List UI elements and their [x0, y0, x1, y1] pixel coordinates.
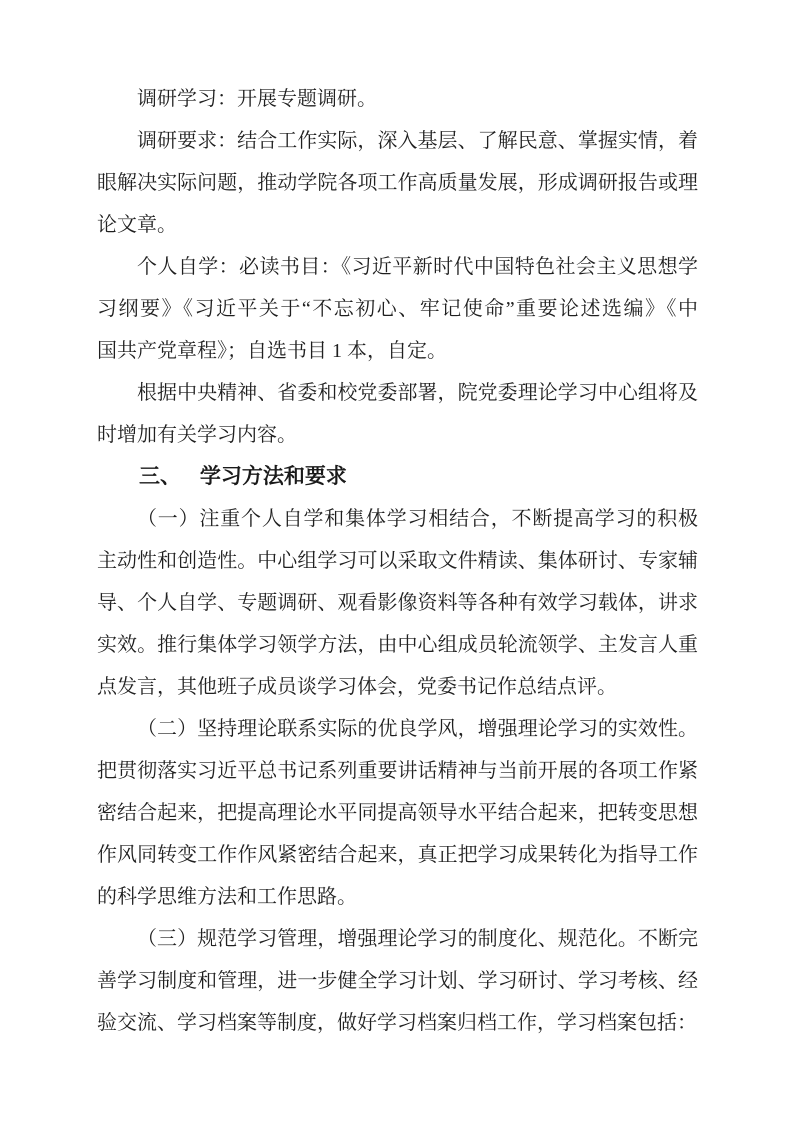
- text-line: 导、个人自学、专题调研、观看影像资料等各种有效学习载体，讲求: [97, 582, 698, 624]
- text-line: 眼解决实际问题，推动学院各项工作高质量发展，形成调研报告或理: [97, 162, 698, 204]
- paragraph: （三）规范学习管理，增强理论学习的制度化、规范化。不断完 善学习制度和管理，进一…: [97, 918, 698, 1044]
- text-line: 实效。推行集体学习领学方法，由中心组成员轮流领学、主发言人重: [97, 624, 698, 666]
- paragraph: 个人自学：必读书目：《习近平新时代中国特色社会主义思想学 习纲要》《习近平关于“…: [97, 246, 698, 372]
- paragraph: 调研要求：结合工作实际，深入基层、了解民意、掌握实情，着 眼解决实际问题，推动学…: [97, 120, 698, 246]
- text-line: 根据中央精神、省委和校党委部署，院党委理论学习中心组将及: [97, 372, 698, 414]
- text-line: 论文章。: [97, 204, 698, 246]
- text-line: 主动性和创造性。中心组学习可以采取文件精读、集体研讨、专家辅: [97, 540, 698, 582]
- text-line: （二）坚持理论联系实际的优良学风，增强理论学习的实效性。: [97, 708, 698, 750]
- paragraph: （二）坚持理论联系实际的优良学风，增强理论学习的实效性。 把贯彻落实习近平总书记…: [97, 708, 698, 918]
- text-line: 个人自学：必读书目：《习近平新时代中国特色社会主义思想学: [97, 246, 698, 288]
- text-line: 时增加有关学习内容。: [97, 414, 698, 456]
- text-line: 调研学习：开展专题调研。: [97, 78, 698, 120]
- text-line: 密结合起来，把提高理论水平同提高领导水平结合起来，把转变思想: [97, 792, 698, 834]
- section-number: 三、: [139, 465, 181, 488]
- paragraph: 根据中央精神、省委和校党委部署，院党委理论学习中心组将及 时增加有关学习内容。: [97, 372, 698, 456]
- section-title: 学习方法和要求: [200, 465, 347, 488]
- text-line: 习纲要》《习近平关于“不忘初心、牢记使命”重要论述选编》《中: [97, 288, 698, 330]
- text-line: 善学习制度和管理，进一步健全学习计划、学习研讨、学习考核、经: [97, 960, 698, 1002]
- text-line: 验交流、学习档案等制度，做好学习档案归档工作，学习档案包括：: [97, 1002, 698, 1044]
- paragraph: 调研学习：开展专题调研。: [97, 78, 698, 120]
- text-line: 调研要求：结合工作实际，深入基层、了解民意、掌握实情，着: [97, 120, 698, 162]
- text-line: 把贯彻落实习近平总书记系列重要讲话精神与当前开展的各项工作紧: [97, 750, 698, 792]
- text-line: 国共产党章程》；自选书目 1 本，自定。: [97, 330, 698, 372]
- text-line: （三）规范学习管理，增强理论学习的制度化、规范化。不断完: [97, 918, 698, 960]
- text-line: 的科学思维方法和工作思路。: [97, 876, 698, 918]
- paragraph: （一）注重个人自学和集体学习相结合，不断提高学习的积极性、 主动性和创造性。中心…: [97, 498, 698, 708]
- document-page: 调研学习：开展专题调研。 调研要求：结合工作实际，深入基层、了解民意、掌握实情，…: [0, 0, 799, 1131]
- section-heading: 三、学习方法和要求: [97, 456, 698, 498]
- text-line: （一）注重个人自学和集体学习相结合，不断提高学习的积极性、: [97, 498, 698, 540]
- text-line: 点发言，其他班子成员谈学习体会，党委书记作总结点评。: [97, 666, 698, 708]
- text-line: 作风同转变工作作风紧密结合起来，真正把学习成果转化为指导工作: [97, 834, 698, 876]
